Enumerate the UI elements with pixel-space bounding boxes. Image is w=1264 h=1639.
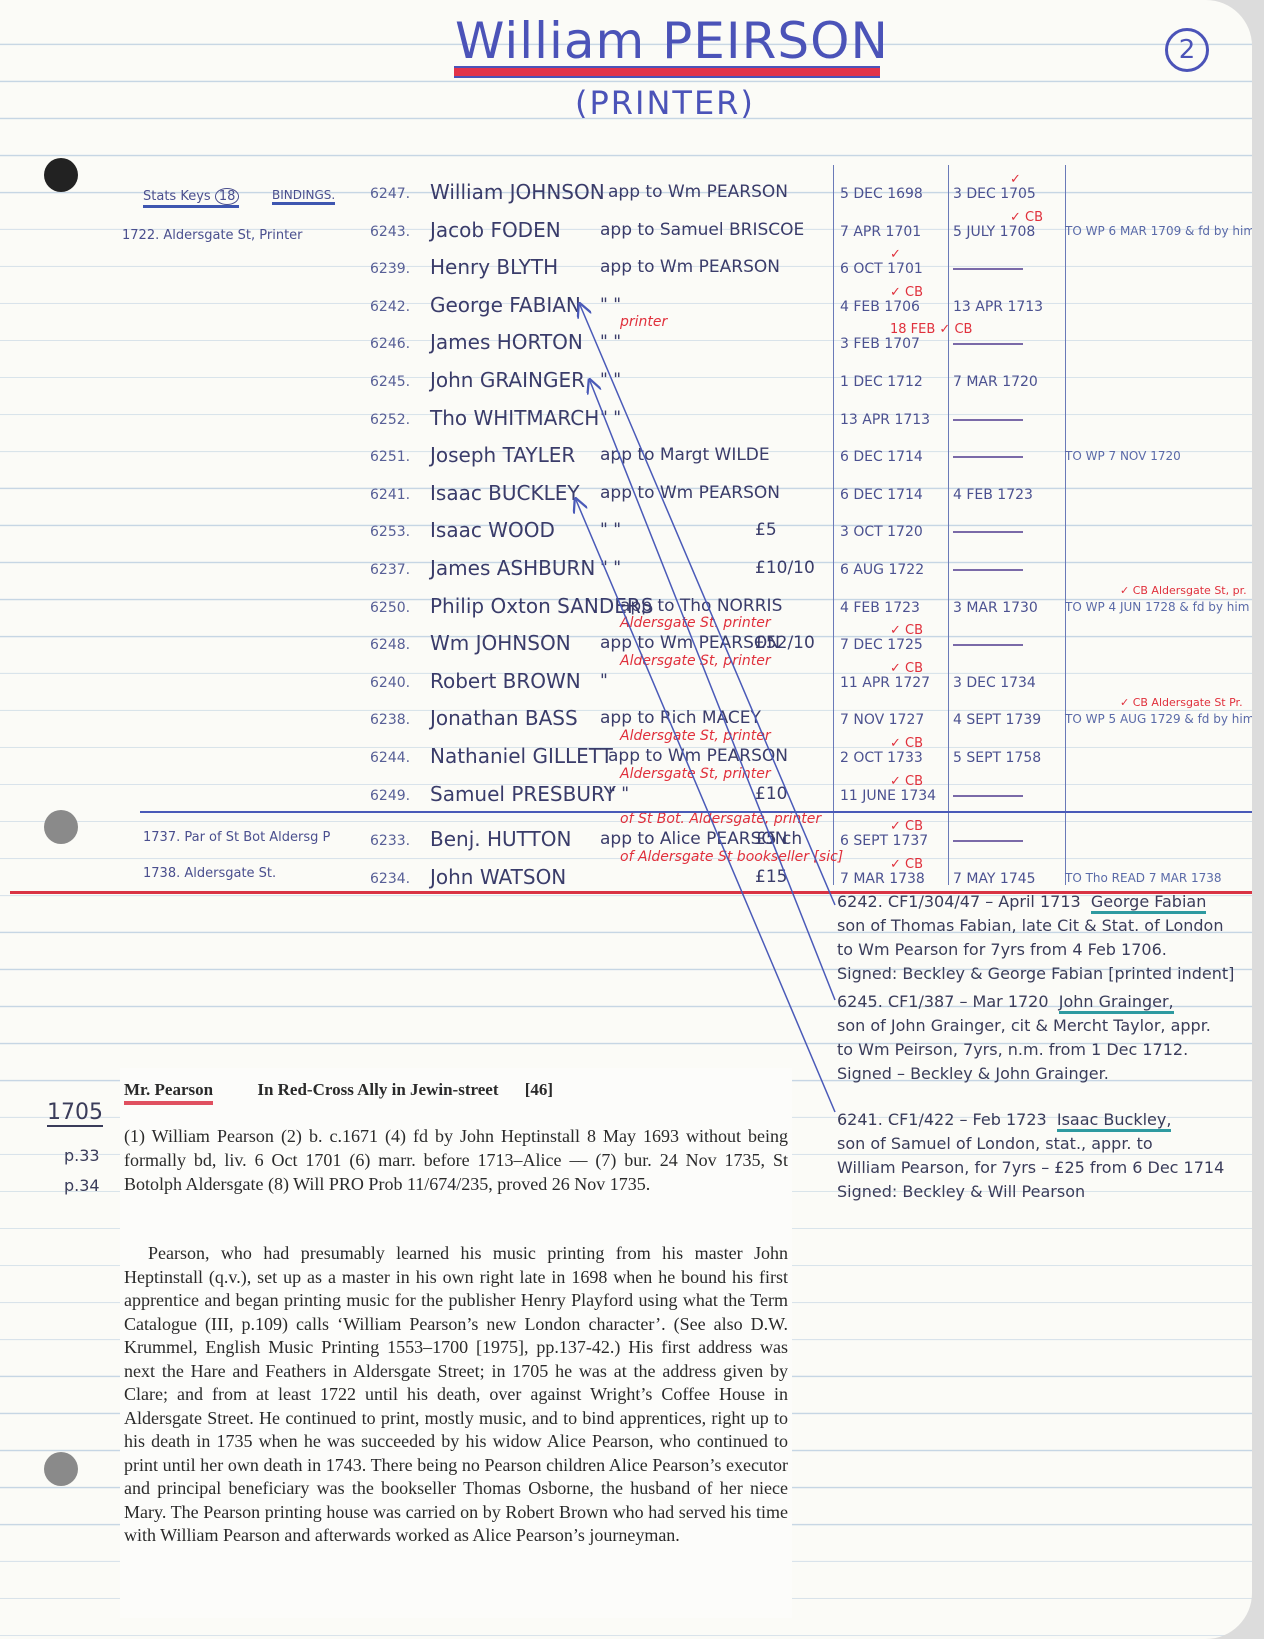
apprentice-annotation: printer <box>620 314 667 330</box>
apprentice-master: " " <box>600 295 621 315</box>
entry-heading: Mr. Pearson In Red-Cross Ally in Jewin-s… <box>124 1080 553 1100</box>
apprentice-name: James HORTON <box>430 330 583 354</box>
apprentice-fee: £15 <box>755 867 787 887</box>
checked-cb-mark: ✓ CB <box>890 857 923 872</box>
no-date-dash <box>953 343 1023 345</box>
freed-date: 4 SEPT 1739 <box>953 712 1041 728</box>
no-date-dash <box>953 569 1023 571</box>
punch-hole <box>44 1452 78 1486</box>
entry-biography: Pearson, who had presumably learned his … <box>124 1242 788 1548</box>
apprentice-name: James ASHBURN <box>430 556 595 580</box>
apprentice-master: " " <box>600 332 621 352</box>
apprentice-number: 6249. <box>370 788 410 804</box>
checked-cb-mark: ✓ <box>890 247 901 262</box>
freed-date: 3 MAR 1730 <box>953 600 1038 616</box>
checked-cb-mark: ✓ CB <box>1010 210 1043 225</box>
address-1738: 1738. Aldersgate St. <box>143 866 276 881</box>
apprentice-name: John GRAINGER <box>430 368 585 392</box>
page-subtitle: (PRINTER) <box>575 84 755 122</box>
apprentice-row: 6251.Joseph TAYLERapp to Margt WILDE6 DE… <box>370 441 1250 477</box>
apprentice-annotation: Aldersgate St. printer <box>620 615 771 631</box>
no-date-dash <box>953 795 1023 797</box>
apprentice-row: 6248.Wm JOHNSONapp to Wm PEARSON£52/10Al… <box>370 629 1250 665</box>
apprentice-row: 6252.Tho WHITMARCH" "13 APR 1713 <box>370 404 1250 440</box>
apprentice-number: 6252. <box>370 412 410 428</box>
bound-date: 6 AUG 1722 <box>840 562 924 578</box>
apprentice-fee: £10/10 <box>755 558 815 578</box>
freed-date: 3 DEC 1734 <box>953 675 1036 691</box>
apprentice-master: app to Wm PEARSON <box>600 257 780 277</box>
apprentice-row: 6241.Isaac BUCKLEYapp to Wm PEARSON6 DEC… <box>370 479 1250 515</box>
apprentice-row: 6243.Jacob FODENapp to Samuel BRISCOE7 A… <box>370 216 1250 252</box>
page-number: 2 <box>1165 28 1209 72</box>
page-title: William PEIRSON <box>455 12 889 70</box>
apprentice-annotation: Aldersgate St, printer <box>620 653 771 669</box>
bound-date: 7 DEC 1725 <box>840 637 923 653</box>
apprentice-name: Jonathan BASS <box>430 706 578 730</box>
margin-page-ref: p.33 <box>64 1146 100 1165</box>
freed-date: 5 JULY 1708 <box>953 224 1035 240</box>
turnover-note: TO Tho READ 7 MAR 1738 <box>1065 871 1222 885</box>
checked-cb-mark: 18 FEB ✓ CB <box>890 322 972 337</box>
apprentice-fee: £5 <box>755 520 777 540</box>
freed-date <box>953 562 1023 578</box>
apprentice-number: 6239. <box>370 261 410 277</box>
apprentice-annotation: of Aldersgate St bookseller [sic] <box>620 849 843 865</box>
apprentice-number: 6237. <box>370 562 410 578</box>
apprentice-fee: £52/10 <box>755 633 815 653</box>
apprentice-name: Henry BLYTH <box>430 255 558 279</box>
apprentice-master: " " <box>600 558 621 578</box>
cf-note-fabian: 6242. CF1/304/47 – April 1713 George Fab… <box>837 890 1234 986</box>
apprentice-name: John WATSON <box>430 865 566 889</box>
title-underline <box>454 66 880 78</box>
no-date-dash <box>953 268 1023 270</box>
apprentice-row: 6240.Robert BROWN"Aldersgate St, printer… <box>370 667 1250 703</box>
apprentice-annotation: Aldersgate St, printer <box>620 728 771 744</box>
freed-date: 4 FEB 1723 <box>953 487 1033 503</box>
bound-date: 13 APR 1713 <box>840 412 930 428</box>
freed-date: 7 MAY 1745 <box>953 871 1036 887</box>
apprentice-master: app to Tho NORRIS <box>620 596 782 616</box>
apprentice-annotation: Aldersgate St, printer <box>620 766 771 782</box>
turnover-note: TO WP 4 JUN 1728 & fd by him <box>1065 600 1249 614</box>
apprentice-number: 6253. <box>370 524 410 540</box>
apprentice-name: Benj. HUTTON <box>430 827 571 851</box>
apprentice-row: 6244.Nathaniel GILLETTapp to Wm PEARSONA… <box>370 742 1250 778</box>
bound-date: 6 OCT 1701 <box>840 261 923 277</box>
freed-date <box>953 449 1023 465</box>
checked-cb-mark: ✓ CB <box>890 774 923 789</box>
apprentice-master: app to Wm PEARSON <box>608 182 788 202</box>
apprentice-master: " " <box>600 520 621 540</box>
apprentice-number: 6238. <box>370 712 410 728</box>
apprentice-number: 6250. <box>370 600 410 616</box>
checked-cb-mark: ✓ CB <box>890 623 923 638</box>
bound-date: 6 SEPT 1737 <box>840 833 928 849</box>
apprentice-name: Samuel PRESBURY <box>430 782 616 806</box>
apprentice-master: app to Margt WILDE <box>600 445 770 465</box>
apprentice-row: 6253.Isaac WOOD" "£53 OCT 1720 <box>370 516 1250 552</box>
stats-key-label: Stats Keys 18 <box>143 188 239 208</box>
apprentice-number: 6241. <box>370 487 410 503</box>
entry-address: In Red-Cross Ally in Jewin-street <box>257 1080 498 1099</box>
apprentice-master: app to Rich MACEY <box>600 708 761 728</box>
apprentice-row: 6237.James ASHBURN" "£10/106 AUG 1722 <box>370 554 1250 590</box>
stats-count: 18 <box>215 188 240 205</box>
freed-date <box>953 833 1023 849</box>
punch-hole <box>44 158 78 192</box>
apprentice-master: app to Wm PEARSON <box>600 483 780 503</box>
no-date-dash <box>953 456 1023 458</box>
apprentice-name: Joseph TAYLER <box>430 443 575 467</box>
apprentice-row: 6246.James HORTON" "printer3 FEB 170718 … <box>370 328 1250 364</box>
address-1737: 1737. Par of St Bot Aldersg P <box>143 830 330 845</box>
apprentice-annotation: of St Bot. Aldersgate, printer <box>620 811 821 827</box>
bound-date: 3 OCT 1720 <box>840 524 923 540</box>
checked-cb-mark: ✓ CB <box>890 285 923 300</box>
freed-date: 13 APR 1713 <box>953 299 1043 315</box>
turnover-note: TO WP 6 MAR 1709 & fd by him <box>1065 224 1252 238</box>
apprentice-master: " " <box>600 370 621 390</box>
turnover-note: TO WP 7 NOV 1720 <box>1065 449 1181 463</box>
apprentice-name: Wm JOHNSON <box>430 631 571 655</box>
apprentice-number: 6248. <box>370 637 410 653</box>
checked-cb-mark: ✓ CB <box>890 819 923 834</box>
cf-note-buckley: 6241. CF1/422 – Feb 1723 Isaac Buckley, … <box>837 1108 1224 1204</box>
apprentice-name: Jacob FODEN <box>430 218 561 242</box>
apprentice-name: William JOHNSON <box>430 180 605 204</box>
apprentice-master: app to Wm PEARSON <box>600 633 780 653</box>
apprentice-name: Robert BROWN <box>430 669 581 693</box>
apprentice-master: " " <box>608 784 629 804</box>
no-date-dash <box>953 531 1023 533</box>
apprentice-name: George FABIAN <box>430 293 581 317</box>
no-date-dash <box>953 419 1023 421</box>
freed-date: 3 DEC 1705 <box>953 186 1036 202</box>
bound-date: 7 NOV 1727 <box>840 712 924 728</box>
apprentice-row: 6242.George FABIAN" "4 FEB 170613 APR 17… <box>370 291 1250 327</box>
bound-date: 6 DEC 1714 <box>840 487 923 503</box>
bound-date: 4 FEB 1706 <box>840 299 920 315</box>
address-1722: 1722. Aldersgate St, Printer <box>122 228 303 243</box>
bound-date: 4 FEB 1723 <box>840 600 920 616</box>
apprentice-row: 6239.Henry BLYTHapp to Wm PEARSON6 OCT 1… <box>370 253 1250 289</box>
apprentice-number: 6240. <box>370 675 410 691</box>
section-divider-blue <box>140 811 1252 813</box>
freed-date <box>953 637 1023 653</box>
checked-cb-mark: ✓ CB <box>890 736 923 751</box>
apprentice-number: 6243. <box>370 224 410 240</box>
bound-date: 2 OCT 1733 <box>840 750 923 766</box>
bound-date: 6 DEC 1714 <box>840 449 923 465</box>
freed-date <box>953 788 1023 804</box>
apprentice-row: 6247.William JOHNSONapp to Wm PEARSON5 D… <box>370 178 1250 214</box>
bindings-label: BINDINGS. <box>272 188 335 205</box>
notebook-page: William PEIRSON (PRINTER) 2 Stats Keys 1… <box>0 0 1252 1639</box>
turnover-cb-mark: ✓ CB Aldersgate St, pr. <box>1120 584 1247 597</box>
apprentice-name: Nathaniel GILLETT <box>430 744 613 768</box>
apprentice-number: 6245. <box>370 374 410 390</box>
apprentice-master: app to Samuel BRISCOE <box>600 220 804 240</box>
entry-surname: Mr. Pearson <box>124 1080 213 1105</box>
bound-date: 11 APR 1727 <box>840 675 930 691</box>
bound-date: 5 DEC 1698 <box>840 186 923 202</box>
apprentice-number: 6244. <box>370 750 410 766</box>
apprentice-number: 6242. <box>370 299 410 315</box>
margin-year: 1705 <box>47 1100 103 1127</box>
apprentice-number: 6233. <box>370 833 410 849</box>
apprentice-number: 6234. <box>370 871 410 887</box>
bound-date: 11 JUNE 1734 <box>840 788 936 804</box>
freed-date <box>953 412 1023 428</box>
apprentice-master: app to Wm PEARSON <box>608 746 788 766</box>
apprentice-master: " " <box>600 408 621 428</box>
entry-ref: [46] <box>525 1080 553 1099</box>
freed-date: 7 MAR 1720 <box>953 374 1038 390</box>
apprentice-row: 6245.John GRAINGER" "1 DEC 17127 MAR 172… <box>370 366 1250 402</box>
bound-date: 7 MAR 1738 <box>840 871 925 887</box>
freed-date <box>953 524 1023 540</box>
checked-cb-mark: ✓ <box>1010 172 1021 187</box>
apprentice-fee: £5 ch <box>755 829 802 849</box>
margin-page-ref: p.34 <box>64 1176 100 1195</box>
turnover-note: TO WP 5 AUG 1729 & fd by him <box>1065 712 1252 726</box>
checked-cb-mark: ✓ CB <box>890 661 923 676</box>
cf-note-grainger: 6245. CF1/387 – Mar 1720 John Grainger, … <box>837 990 1211 1086</box>
printed-dictionary-entry: Mr. Pearson In Red-Cross Ally in Jewin-s… <box>120 1068 792 1618</box>
apprentice-name: Isaac WOOD <box>430 518 555 542</box>
no-date-dash <box>953 644 1023 646</box>
apprentice-number: 6247. <box>370 186 410 202</box>
apprentice-number: 6246. <box>370 336 410 352</box>
no-date-dash <box>953 840 1023 842</box>
apprentice-row: 6238.Jonathan BASSapp to Rich MACEY7 NOV… <box>370 704 1250 740</box>
apprentice-name: Tho WHITMARCH <box>430 406 599 430</box>
bound-date: 7 APR 1701 <box>840 224 921 240</box>
apprentice-name: Isaac BUCKLEY <box>430 481 580 505</box>
bound-date: 1 DEC 1712 <box>840 374 923 390</box>
entry-facts: (1) William Pearson (2) b. c.1671 (4) fd… <box>124 1124 788 1196</box>
bound-date: 3 FEB 1707 <box>840 336 920 352</box>
apprentice-fee: £10 <box>755 784 787 804</box>
freed-date <box>953 261 1023 277</box>
apprentice-row: 6250.Philip Oxton SANDERSapp to Tho NORR… <box>370 592 1250 628</box>
punch-hole <box>44 810 78 844</box>
apprentice-number: 6251. <box>370 449 410 465</box>
turnover-cb-mark: ✓ CB Aldersgate St Pr. <box>1120 696 1243 709</box>
apprentice-master: " <box>600 671 608 691</box>
freed-date <box>953 336 1023 352</box>
freed-date: 5 SEPT 1758 <box>953 750 1041 766</box>
